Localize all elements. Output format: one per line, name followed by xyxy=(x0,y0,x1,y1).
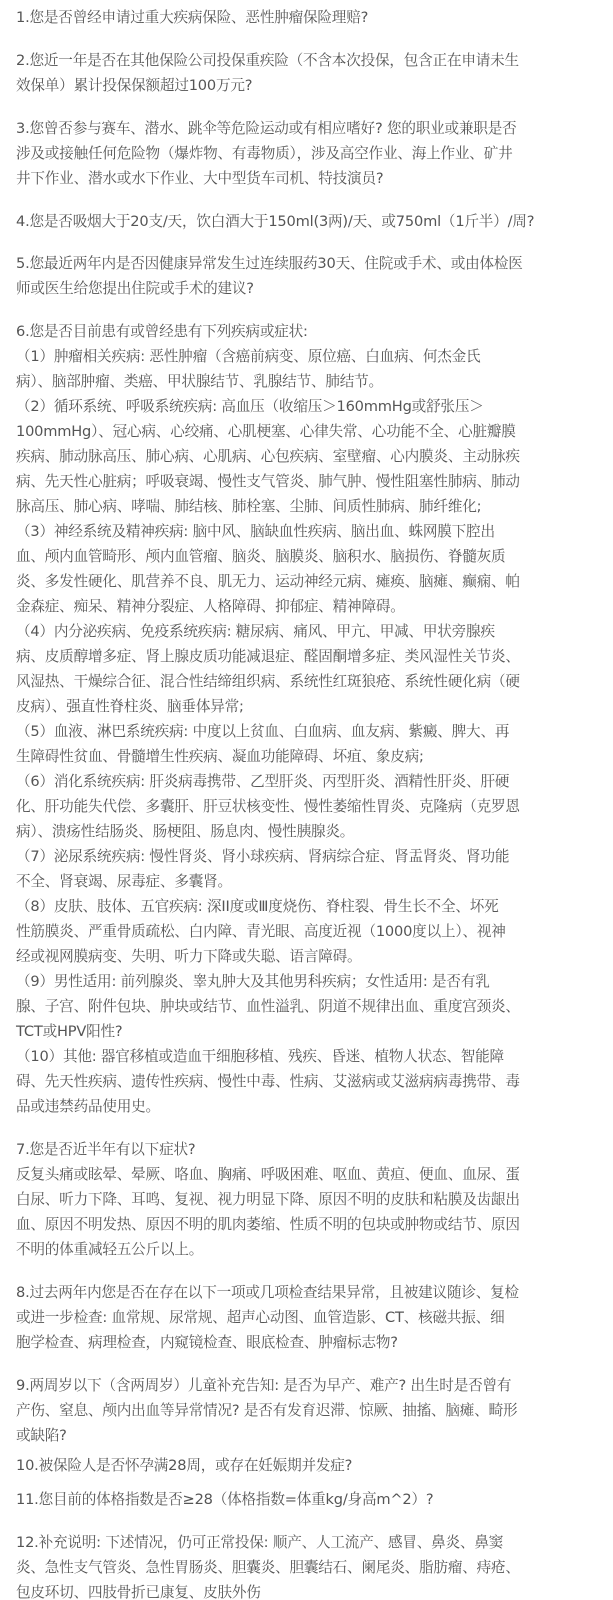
question-text-line: 12.补充说明: 下述情况，仍可正常投保: 顺产、人工流产、感冒、鼻炎、鼻窦 xyxy=(16,1533,503,1553)
question-text-line: 血、颅内血管畸形、颅内血管瘤、脑炎、脑膜炎、脑积水、脑损伤、脊髓灰质 xyxy=(16,547,505,567)
question-text-line: 8.过去两年内您是否在存在以下一项或几项检查结果异常，且被建议随诊、复检 xyxy=(16,1283,519,1303)
question-text-line: 涉及或接触任何危险物（爆炸物、有毒物质），涉及高空作业、海上作业、矿井 xyxy=(16,144,513,164)
question-text-line: 金森症、痴呆、精神分裂症、人格障碍、抑郁症、精神障碍。 xyxy=(16,597,405,617)
question-text-line: （5）血液、淋巴系统疾病: 中度以上贫血、白血病、血友病、紫癜、脾大、再 xyxy=(16,722,509,742)
question-text-line: （10）其他: 器官移植或造血干细胞移植、残疾、昏迷、植物人状态、智能障 xyxy=(16,1047,504,1067)
question-text-line: 病、先天性心脏病；呼吸衰竭、慢性支气管炎、肺气肿、慢性阻塞性肺病、肺动 xyxy=(16,472,520,492)
question-text-line: 4.您是否吸烟大于20支/天，饮白酒大于150ml(3两)/天、或750ml（1… xyxy=(16,212,534,232)
question-text-line: 疾病、肺动脉高压、肺心病、心肌病、心包疾病、室壁瘤、心内膜炎、主动脉疾 xyxy=(16,447,520,467)
question-text-line: 腺、子宫、附件包块、肿块或结节、血性溢乳、阴道不规律出血、重度宫颈炎、 xyxy=(16,997,520,1017)
question-text-line: 或缺陷? xyxy=(16,1426,67,1446)
question-text-line: 不全、肾衰竭、尿毒症、多囊肾。 xyxy=(16,872,232,892)
question-text-line: 病）、脑部肿瘤、类癌、甲状腺结节、乳腺结节、肺结节。 xyxy=(16,372,383,392)
question-text-line: 10.被保险人是否怀孕满28周，或存在妊娠期并发症? xyxy=(16,1456,352,1476)
question-text-line: TCT或HPV阳性? xyxy=(16,1022,122,1042)
question-text-line: 包皮环切、四肢骨折已康复、皮肤外伤 xyxy=(16,1583,261,1600)
question-text-line: 白尿、听力下降、耳鸣、复视、视力明显下降、原因不明的皮肤和粘膜及齿龈出 xyxy=(16,1190,520,1210)
question-text-line: 胞学检查、病理检查，内窥镜检查、眼底检查、肿瘤标志物? xyxy=(16,1333,398,1353)
question-text-line: 血、原因不明发热、原因不明的肌肉萎缩、性质不明的包块或肿物或结节、原因 xyxy=(16,1215,520,1235)
question-text-line: 品或违禁药品使用史。 xyxy=(16,1097,160,1117)
question-text-line: 生障碍性贫血、骨髓增生性疾病、凝血功能障碍、坏疽、象皮病; xyxy=(16,747,424,767)
question-text-line: 病）、溃疡性结肠炎、肠梗阻、肠息肉、慢性胰腺炎。 xyxy=(16,822,354,842)
question-text-line: 风湿热、干燥综合征、混合性结缔组织病、系统性红斑狼疮、系统性硬化病（硬 xyxy=(16,672,520,692)
question-text-line: 碍、先天性疾病、遗传性疾病、慢性中毒、性病、艾滋病或艾滋病病毒携带、毒 xyxy=(16,1072,520,1092)
question-text-line: 脉高压、肺心病、哮喘、肺结核、肺栓塞、尘肺、间质性肺病、肺纤维化; xyxy=(16,497,481,517)
question-text-line: （9）男性适用: 前列腺炎、睾丸肿大及其他男科疾病；女性适用: 是否有乳 xyxy=(16,972,490,992)
question-text-line: （4）内分泌疾病、免疫系统疾病: 糖尿病、痛风、甲亢、甲减、甲状旁腺疾 xyxy=(16,622,495,642)
question-text-line: 7.您是否近半年有以下症状? xyxy=(16,1140,195,1160)
question-text-line: 1.您是否曾经申请过重大疾病保险、恶性肿瘤保险理赔? xyxy=(16,8,368,28)
question-text-line: 不明的体重减轻五公斤以上。 xyxy=(16,1240,203,1260)
question-text-line: 2.您近一年是否在其他保险公司投保重疾险（不含本次投保，包含正在申请未生 xyxy=(16,51,519,71)
question-text-line: （7）泌尿系统疾病: 慢性肾炎、肾小球疾病、肾病综合症、肾盂肾炎、肾功能 xyxy=(16,847,509,867)
question-text-line: 井下作业、潜水或水下作业、大中型货车司机、特技演员? xyxy=(16,169,383,189)
question-text-line: 师或医生给您提出住院或手术的建议? xyxy=(16,279,254,299)
question-text-line: 效保单）累计投保保额超过100万元? xyxy=(16,76,252,96)
question-text-line: 病、皮质醇增多症、肾上腺皮质功能减退症、醛固酮增多症、类风湿性关节炎、 xyxy=(16,647,520,667)
question-text-line: （2）循环系统、呼吸系统疾病: 高血压（收缩压＞160mmHg或舒张压＞ xyxy=(16,397,484,417)
question-text-line: 经或视网膜病变、失明、听力下降或失聪、语言障碍。 xyxy=(16,947,361,967)
question-text-line: 皮病）、强直性脊柱炎、脑垂体异常; xyxy=(16,697,244,717)
question-text-line: 炎、急性支气管炎、急性胃肠炎、胆囊炎、胆囊结石、阑尾炎、脂肪瘤、痔疮、 xyxy=(16,1558,520,1578)
question-text-line: 3.您曾否参与赛车、潜水、跳伞等危险运动或有相应嗜好? 您的职业或兼职是否 xyxy=(16,119,517,139)
question-text-line: 11.您目前的体格指数是否≥28（体格指数=体重kg/身高m^2）? xyxy=(16,1490,433,1510)
question-text-line: （6）消化系统疾病: 肝炎病毒携带、乙型肝炎、丙型肝炎、酒精性肝炎、肝硬 xyxy=(16,772,509,792)
question-text-line: 100mmHg）、冠心病、心绞痛、心肌梗塞、心律失常、心功能不全、心脏瓣膜 xyxy=(16,422,516,442)
question-text-line: 反复头痛或眩晕、晕厥、咯血、胸痛、呼吸困难、呕血、黄疸、便血、血尿、蛋 xyxy=(16,1165,520,1185)
question-text-line: 炎、多发性硬化、肌营养不良、肌无力、运动神经元病、瘫痪、脑瘫、癫痫、帕 xyxy=(16,572,520,592)
question-text-line: （1）肿瘤相关疾病: 恶性肿瘤（含癌前病变、原位癌、白血病、何杰金氏 xyxy=(16,347,480,367)
question-text-line: 性筋膜炎、严重骨质疏松、白内障、青光眼、高度近视（1000度以上）、视神 xyxy=(16,922,506,942)
question-text-line: 化、肝功能失代偿、多囊肝、肝豆状核变性、慢性萎缩性胃炎、克隆病（克罗恩 xyxy=(16,797,520,817)
question-text-line: 6.您是否目前患有或曾经患有下列疾病或症状: xyxy=(16,322,308,342)
question-text-line: 5.您最近两年内是否因健康异常发生过连续服药30天、住院或手术、或由体检医 xyxy=(16,254,523,274)
question-text-line: （3）神经系统及精神疾病: 脑中风、脑缺血性疾病、脑出血、蛛网膜下腔出 xyxy=(16,522,495,542)
question-text-line: 9.两周岁以下（含两周岁）儿童补充告知: 是否为早产、难产? 出生时是否曾有 xyxy=(16,1376,511,1396)
question-text-line: 或进一步检查: 血常规、尿常规、超声心动图、血管造影、CT、核磁共振、细 xyxy=(16,1308,504,1328)
question-text-line: 产伤、窒息、颅内出血等异常情况? 是否有发育迟滞、惊厥、抽搐、脑瘫、畸形 xyxy=(16,1401,517,1421)
question-text-line: （8）皮肤、肢体、五官疾病: 深II度或Ⅲ度烧伤、脊柱裂、骨生长不全、坏死 xyxy=(16,897,499,917)
